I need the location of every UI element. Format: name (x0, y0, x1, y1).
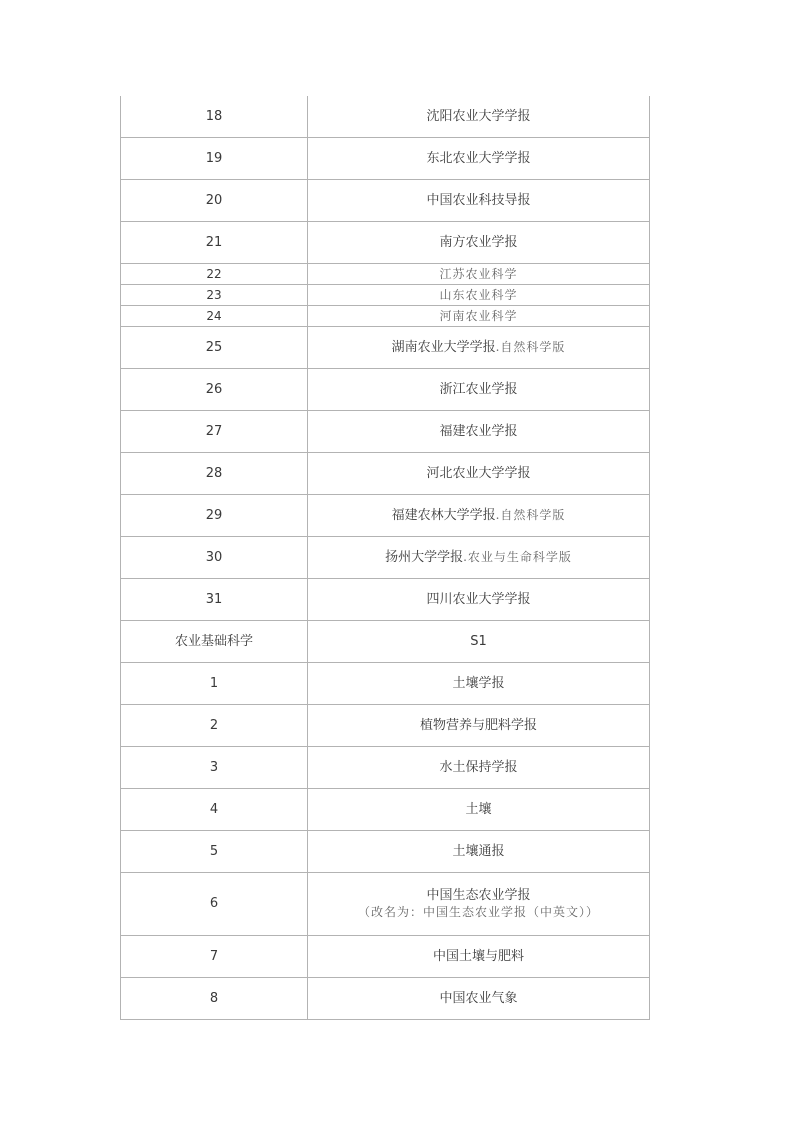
table-row: 8 中国农业气象 (121, 978, 650, 1020)
table-row: 23 山东农业科学 (121, 285, 650, 306)
journal-title: 东北农业大学学报 (426, 151, 530, 166)
journal-name: 植物营养与肥料学报 (308, 705, 650, 747)
journal-name: 中国农业气象 (308, 978, 650, 1020)
table-row: 31 四川农业大学学报 (121, 579, 650, 621)
row-number: 18 (121, 96, 308, 138)
row-number: 7 (121, 936, 308, 978)
journal-name: 土壤通报 (308, 831, 650, 873)
row-number: 31 (121, 579, 308, 621)
journal-name: 南方农业学报 (308, 222, 650, 264)
row-number: 2 (121, 705, 308, 747)
journal-edition: .自然科学版 (496, 508, 566, 522)
journal-title: 浙江农业学报 (439, 382, 517, 397)
table-row: 4 土壤 (121, 789, 650, 831)
row-number: 26 (121, 369, 308, 411)
journal-title: 中国农业气象 (439, 991, 517, 1006)
table-row: 7 中国土壤与肥料 (121, 936, 650, 978)
journal-name: 中国农业科技导报 (308, 180, 650, 222)
journal-edition: .自然科学版 (496, 340, 566, 354)
journal-name: 河南农业科学 (308, 306, 650, 327)
journal-title: 湖南农业大学学报 (392, 340, 496, 355)
journal-title: 南方农业学报 (439, 235, 517, 250)
row-number: 28 (121, 453, 308, 495)
journal-name: 扬州大学学报.农业与生命科学版 (308, 537, 650, 579)
journal-title: 福建农林大学学报 (392, 508, 496, 523)
journal-name: 中国土壤与肥料 (308, 936, 650, 978)
row-number: 21 (121, 222, 308, 264)
row-number: 27 (121, 411, 308, 453)
table-row: 21 南方农业学报 (121, 222, 650, 264)
row-number: 8 (121, 978, 308, 1020)
journal-table: 18 沈阳农业大学学报 19 东北农业大学学报 20 中国农业科技导报 21 南… (120, 96, 650, 1020)
category-code-text: S1 (470, 634, 487, 649)
table-row: 25 湖南农业大学学报.自然科学版 (121, 327, 650, 369)
journal-name: 四川农业大学学报 (308, 579, 650, 621)
table-row: 24 河南农业科学 (121, 306, 650, 327)
table-row: 26 浙江农业学报 (121, 369, 650, 411)
journal-name: 水土保持学报 (308, 747, 650, 789)
journal-title: 山东农业科学 (439, 288, 517, 302)
table-row: 2 植物营养与肥料学报 (121, 705, 650, 747)
journal-name: 土壤学报 (308, 663, 650, 705)
table-row: 27 福建农业学报 (121, 411, 650, 453)
table-row: 18 沈阳农业大学学报 (121, 96, 650, 138)
journal-name: 浙江农业学报 (308, 369, 650, 411)
document-page: 18 沈阳农业大学学报 19 东北农业大学学报 20 中国农业科技导报 21 南… (0, 0, 793, 1122)
journal-name: 河北农业大学学报 (308, 453, 650, 495)
journal-title: 河北农业大学学报 (426, 466, 530, 481)
table-row: 3 水土保持学报 (121, 747, 650, 789)
journal-rename-note: （改名为：中国生态农业学报（中英文）） (358, 905, 599, 919)
row-number: 24 (121, 306, 308, 327)
journal-name: 福建农业学报 (308, 411, 650, 453)
row-number: 22 (121, 264, 308, 285)
journal-title: 植物营养与肥料学报 (420, 718, 537, 733)
table-row: 20 中国农业科技导报 (121, 180, 650, 222)
journal-title: 河南农业科学 (439, 309, 517, 323)
table-row: 1 土壤学报 (121, 663, 650, 705)
row-number: 4 (121, 789, 308, 831)
journal-name: 土壤 (308, 789, 650, 831)
table-row: 30 扬州大学学报.农业与生命科学版 (121, 537, 650, 579)
journal-title: 中国生态农业学报 (426, 888, 530, 903)
table-row: 5 土壤通报 (121, 831, 650, 873)
table-row: 6 中国生态农业学报（改名为：中国生态农业学报（中英文）） (121, 873, 650, 936)
category-label: 农业基础科学 (121, 621, 308, 663)
journal-title: 四川农业大学学报 (426, 592, 530, 607)
table-row: 19 东北农业大学学报 (121, 138, 650, 180)
row-number: 5 (121, 831, 308, 873)
table-row: 28 河北农业大学学报 (121, 453, 650, 495)
table-row: 29 福建农林大学学报.自然科学版 (121, 495, 650, 537)
journal-name: 沈阳农业大学学报 (308, 96, 650, 138)
row-number: 30 (121, 537, 308, 579)
category-code: S1 (308, 621, 650, 663)
row-number: 25 (121, 327, 308, 369)
row-number: 29 (121, 495, 308, 537)
row-number: 6 (121, 873, 308, 936)
journal-title: 土壤学报 (452, 676, 504, 691)
journal-name: 福建农林大学学报.自然科学版 (308, 495, 650, 537)
journal-title: 江苏农业科学 (439, 267, 517, 281)
journal-title: 土壤通报 (452, 844, 504, 859)
row-number: 23 (121, 285, 308, 306)
journal-name: 湖南农业大学学报.自然科学版 (308, 327, 650, 369)
table-row: 22 江苏农业科学 (121, 264, 650, 285)
journal-title: 扬州大学学报 (385, 550, 463, 565)
journal-name: 东北农业大学学报 (308, 138, 650, 180)
journal-title: 水土保持学报 (439, 760, 517, 775)
journal-title: 福建农业学报 (439, 424, 517, 439)
row-number: 20 (121, 180, 308, 222)
journal-name: 江苏农业科学 (308, 264, 650, 285)
journal-title: 沈阳农业大学学报 (426, 109, 530, 124)
category-row: 农业基础科学 S1 (121, 621, 650, 663)
journal-title: 土壤 (465, 802, 491, 817)
journal-title: 中国土壤与肥料 (433, 949, 524, 964)
journal-edition: .农业与生命科学版 (463, 550, 572, 564)
row-number: 3 (121, 747, 308, 789)
row-number: 1 (121, 663, 308, 705)
journal-name: 中国生态农业学报（改名为：中国生态农业学报（中英文）） (308, 873, 650, 936)
row-number: 19 (121, 138, 308, 180)
journal-title: 中国农业科技导报 (426, 193, 530, 208)
journal-name: 山东农业科学 (308, 285, 650, 306)
